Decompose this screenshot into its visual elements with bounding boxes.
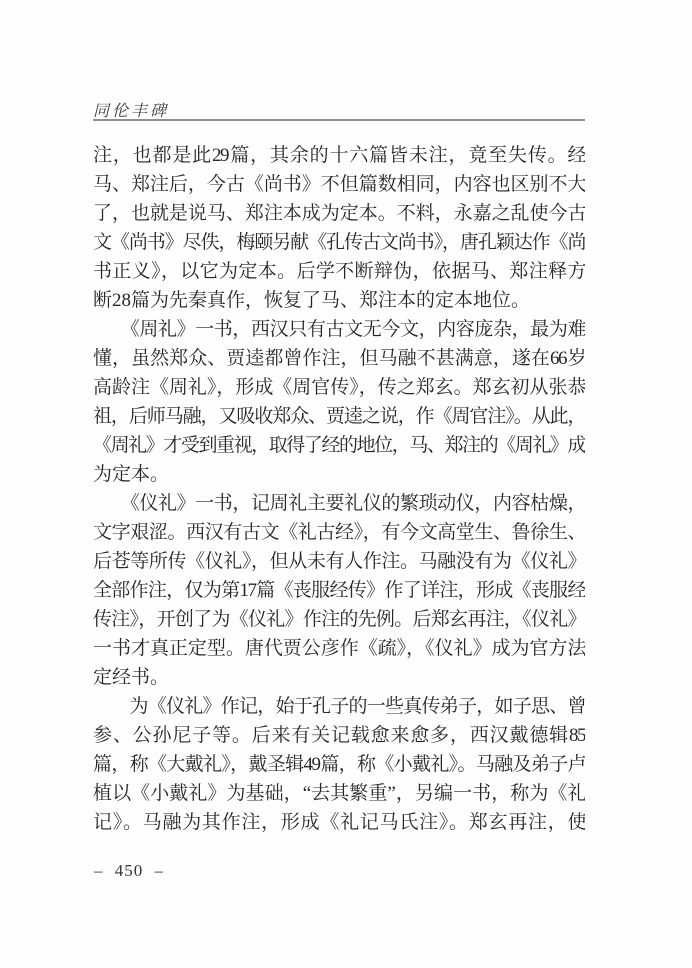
text-line: 了，也就是说马、郑注本成为定本。不料，永嘉之乱使今古 xyxy=(93,199,585,228)
header-rule xyxy=(93,119,585,121)
text-line: 植以《小戴礼》为基础，“去其繁重”，另编一书，称为《礼 xyxy=(93,779,585,808)
text-line: 马、郑注后，今古《尚书》不但篇数相同，内容也区别不大 xyxy=(93,170,585,199)
text-line: 记》。马融为其作注，形成《礼记马氏注》。郑玄再注，使 xyxy=(93,808,585,837)
text-line: 祖，后师马融，又吸收郑众、贾逵之说，作《周官注》。从此， xyxy=(93,402,585,431)
text-line: 高龄注《周礼》，形成《周官传》，传之郑玄。郑玄初从张恭 xyxy=(93,373,585,402)
text-line: 书正义》，以它为定本。后学不断辩伪，依据马、郑注释方 xyxy=(93,257,585,286)
book-page: 同伦丰碑 注，也都是此29篇，其余的十六篇皆未注，竟至失传。经马、郑注后，今古《… xyxy=(0,0,692,968)
text-line: 《周礼》一书，西汉只有古文无今文，内容庞杂，最为难 xyxy=(93,315,585,344)
text-line: 懂，虽然郑众、贾逵都曾作注，但马融不甚满意，遂在66岁 xyxy=(93,344,585,373)
running-header-title: 同伦丰碑 xyxy=(93,98,169,121)
text-line: 参、公孙尼子等。后来有关记载愈来愈多，西汉戴德辑85 xyxy=(93,721,585,750)
page-number: – 450 – xyxy=(94,861,164,881)
text-line: 传注》，开创了为《仪礼》作注的先例。后郑玄再注，《仪礼》 xyxy=(93,605,585,634)
text-line: 一书才真正定型。唐代贾公彦作《疏》，《仪礼》成为官方法 xyxy=(93,634,585,663)
text-line: 断28篇为先秦真作，恢复了马、郑注本的定本地位。 xyxy=(93,286,585,315)
text-line: 文字艰涩。西汉有古文《礼古经》，有今文高堂生、鲁徐生、 xyxy=(93,518,585,547)
text-line: 为定本。 xyxy=(93,460,585,489)
text-line: 《周礼》才受到重视，取得了经的地位，马、郑注的《周礼》成 xyxy=(93,431,585,460)
text-line: 为《仪礼》作记，始于孔子的一些真传弟子，如子思、曾 xyxy=(93,692,585,721)
text-line: 篇，称《大戴礼》，戴圣辑49篇，称《小戴礼》。马融及弟子卢 xyxy=(93,750,585,779)
text-line: 后苍等所传《仪礼》，但从未有人作注。马融没有为《仪礼》 xyxy=(93,547,585,576)
text-line: 文《尚书》尽佚，梅颐另献《孔传古文尚书》，唐孔颖达作《尚 xyxy=(93,228,585,257)
text-line: 注，也都是此29篇，其余的十六篇皆未注，竟至失传。经 xyxy=(93,141,585,170)
body-text: 注，也都是此29篇，其余的十六篇皆未注，竟至失传。经马、郑注后，今古《尚书》不但… xyxy=(93,141,585,837)
text-line: 《仪礼》一书，记周礼主要礼仪的繁琐动仪，内容枯燥， xyxy=(93,489,585,518)
text-line: 全部作注，仅为第17篇《丧服经传》作了详注，形成《丧服经 xyxy=(93,576,585,605)
text-line: 定经书。 xyxy=(93,663,585,692)
